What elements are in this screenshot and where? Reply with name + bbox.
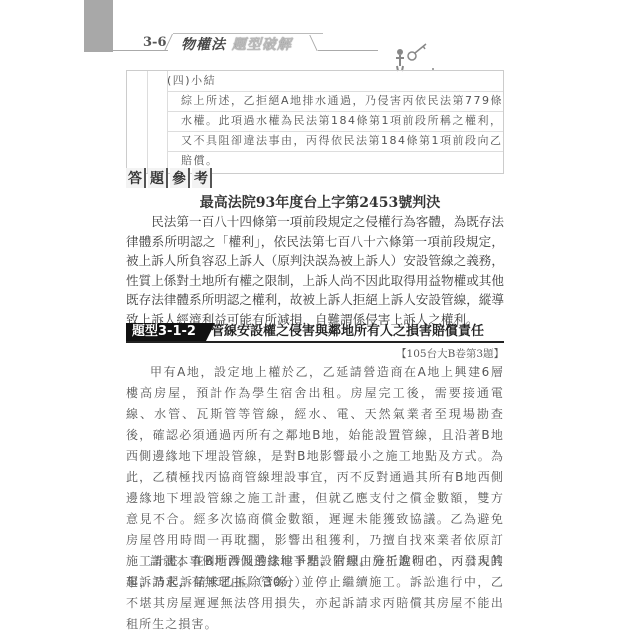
question-type-bar: 題型3-1-2 管線安設權之侵害與鄰地所有人之損害賠償責任 bbox=[126, 323, 504, 343]
summary-box: (四)小結 綜上所述，乙拒絕A地排水通過，乃侵害丙依民法第779條享有之過 水權… bbox=[126, 70, 504, 174]
summary-line: 水權。此項過水權為民法第184條第1項前段所稱之權利，乙之行為 bbox=[167, 111, 503, 132]
chapter-tab bbox=[84, 0, 113, 52]
page-header: 3-6 物權法 題型破解 bbox=[113, 28, 343, 54]
reference-title-char: 參 bbox=[170, 168, 190, 188]
book-title-prefix: 物權法 bbox=[181, 37, 226, 53]
question-body: 甲有A地，設定地上權於乙，乙延請營造商在A地上興建6層樓高房屋，預計作為學生宿舍… bbox=[126, 362, 504, 635]
case-title: 最高法院93年度台上字第2453號判決 bbox=[0, 192, 640, 212]
exam-source: 【105台大B卷第3題】 bbox=[396, 346, 504, 361]
reference-title: 答題參考 bbox=[126, 168, 214, 188]
summary-heading: (四)小結 bbox=[167, 71, 503, 92]
question-type-label: 題型3-1-2 bbox=[126, 323, 206, 341]
summary-line: 又不具阻卻違法事由，丙得依民法第184條第1項前段向乙請求損害 bbox=[167, 131, 503, 152]
book-title: 物權法 題型破解 bbox=[181, 34, 292, 54]
reference-title-char: 考 bbox=[192, 168, 212, 188]
question-prompt: 請就本事例所涉及的法律爭點，附理由分析說明乙、丙二人的起訴請求，有無理由。（30… bbox=[126, 551, 504, 593]
header-divider bbox=[318, 50, 378, 51]
question-type-title: 管線安設權之侵害與鄰地所有人之損害賠償責任 bbox=[211, 323, 484, 341]
page-number: 3-6 bbox=[143, 35, 167, 50]
header-divider bbox=[309, 35, 317, 51]
summary-line: 綜上所述，乙拒絕A地排水通過，乃侵害丙依民法第779條享有之過 bbox=[167, 91, 503, 112]
reference-title-char: 答 bbox=[126, 168, 146, 188]
book-title-highlight: 題型破解 bbox=[232, 37, 292, 53]
key-figure-icon bbox=[388, 42, 438, 72]
header-divider bbox=[113, 50, 168, 51]
reference-body: 民法第一百八十四條第一項前段規定之侵權行為客體，為既存法律體系所明認之「權利」，… bbox=[126, 212, 504, 329]
reference-title-char: 題 bbox=[148, 168, 168, 188]
grid-line bbox=[147, 71, 148, 173]
summary-line: 賠償。 bbox=[167, 151, 503, 171]
